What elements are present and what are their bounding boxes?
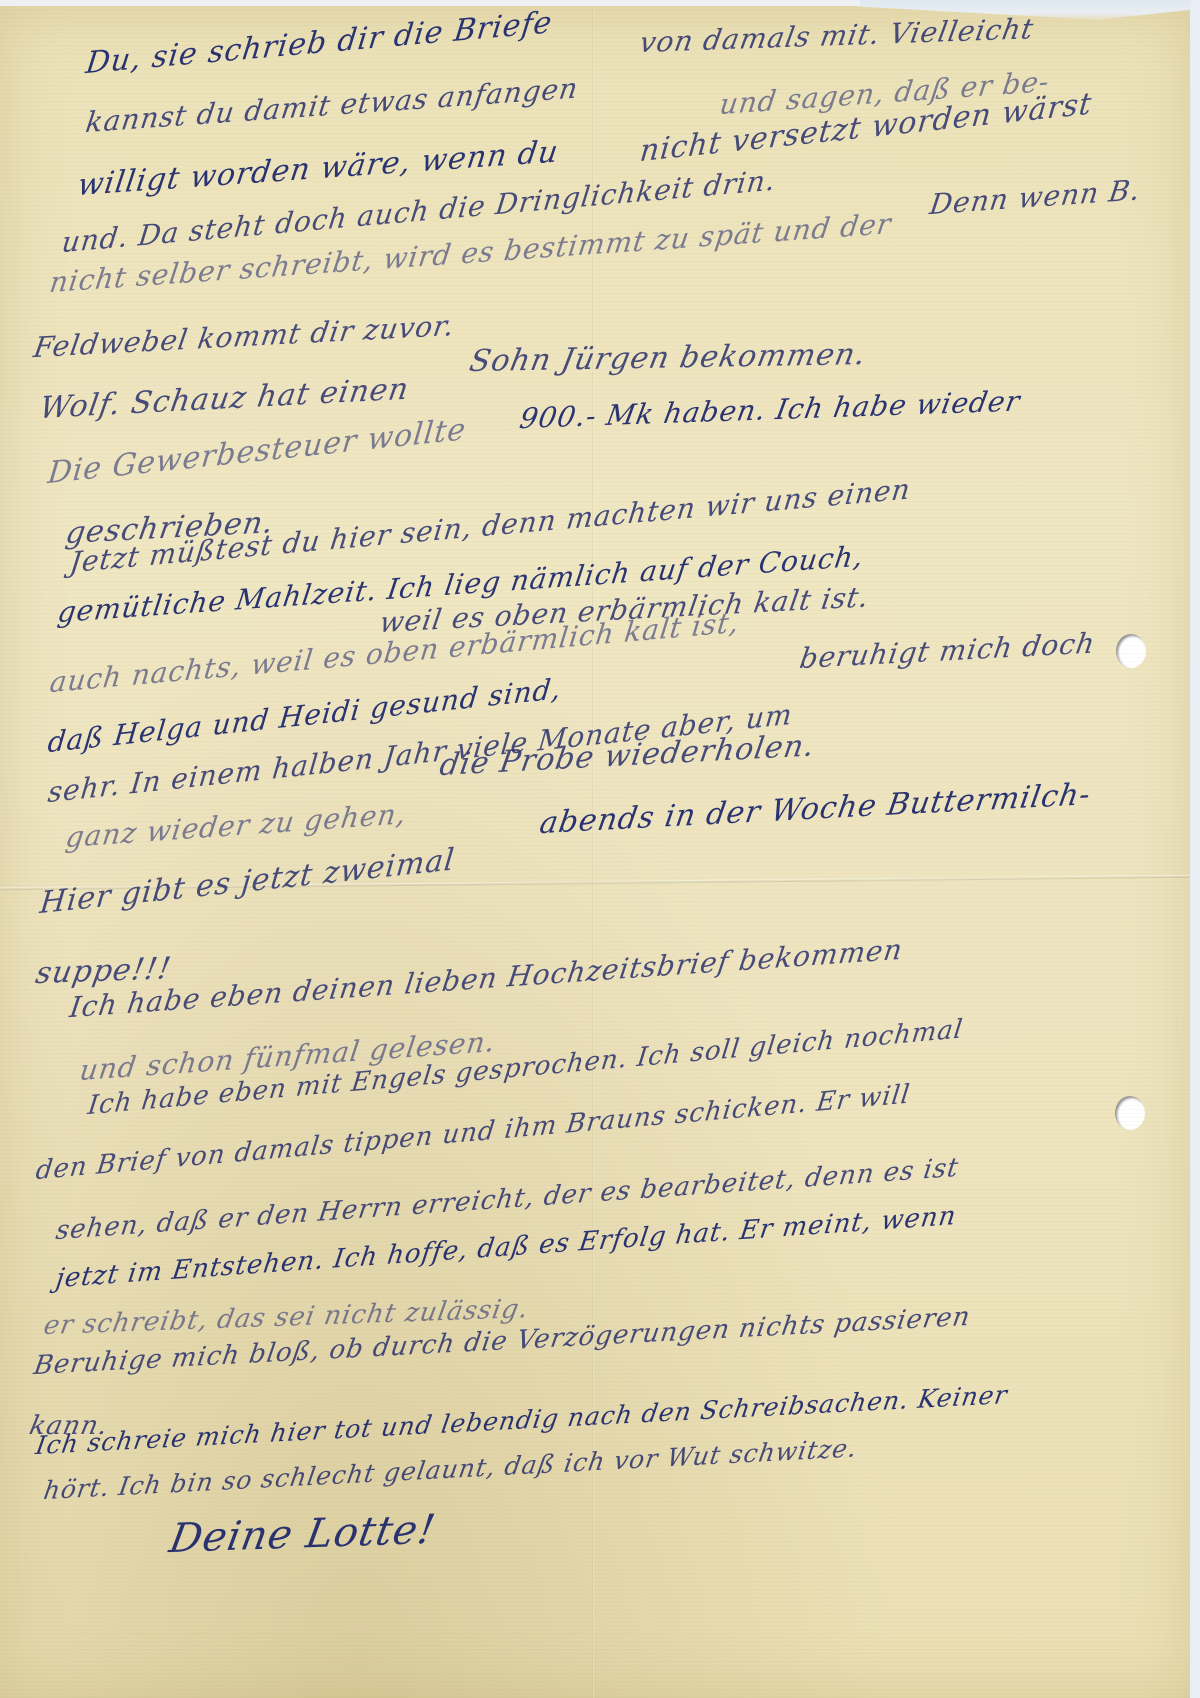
handwritten-line: Feldwebel kommt dir zuvor. [31,309,457,364]
signature: Deine Lotte! [166,1507,439,1563]
handwritten-line: kannst du damit etwas anfangen [84,71,581,139]
handwritten-line: Hier gibt es jetzt zweimal [38,842,456,921]
handwritten-line: Ich habe eben deinen lieben Hochzeitsbri… [68,933,905,1025]
handwritten-line: Ich schreie mich hier tot und lebendig n… [34,1380,1010,1460]
handwritten-line: Sohn Jürgen bekommen. [467,337,870,379]
punch-hole-lower [1115,1096,1145,1130]
handwritten-line: beruhigt mich doch [797,626,1097,675]
handwritten-line: Denn wenn B. [928,173,1143,221]
handwritten-line: von damals mit. Vielleicht [637,12,1037,59]
scan-margin-right [1190,0,1200,1698]
letter-paper: Du, sie schrieb dir die Briefevon damals… [0,6,1192,1698]
handwritten-line: Die Gewerbesteuer wollte [46,412,468,492]
punch-hole-upper [1116,634,1146,668]
handwritten-line: ganz wieder zu gehen, [64,797,409,854]
handwritten-line: Du, sie schrieb dir die Briefe [84,5,555,81]
handwritten-line: abends in der Woche Buttermilch- [537,777,1093,841]
handwritten-line: Wolf. Schauz hat einen [37,371,411,426]
